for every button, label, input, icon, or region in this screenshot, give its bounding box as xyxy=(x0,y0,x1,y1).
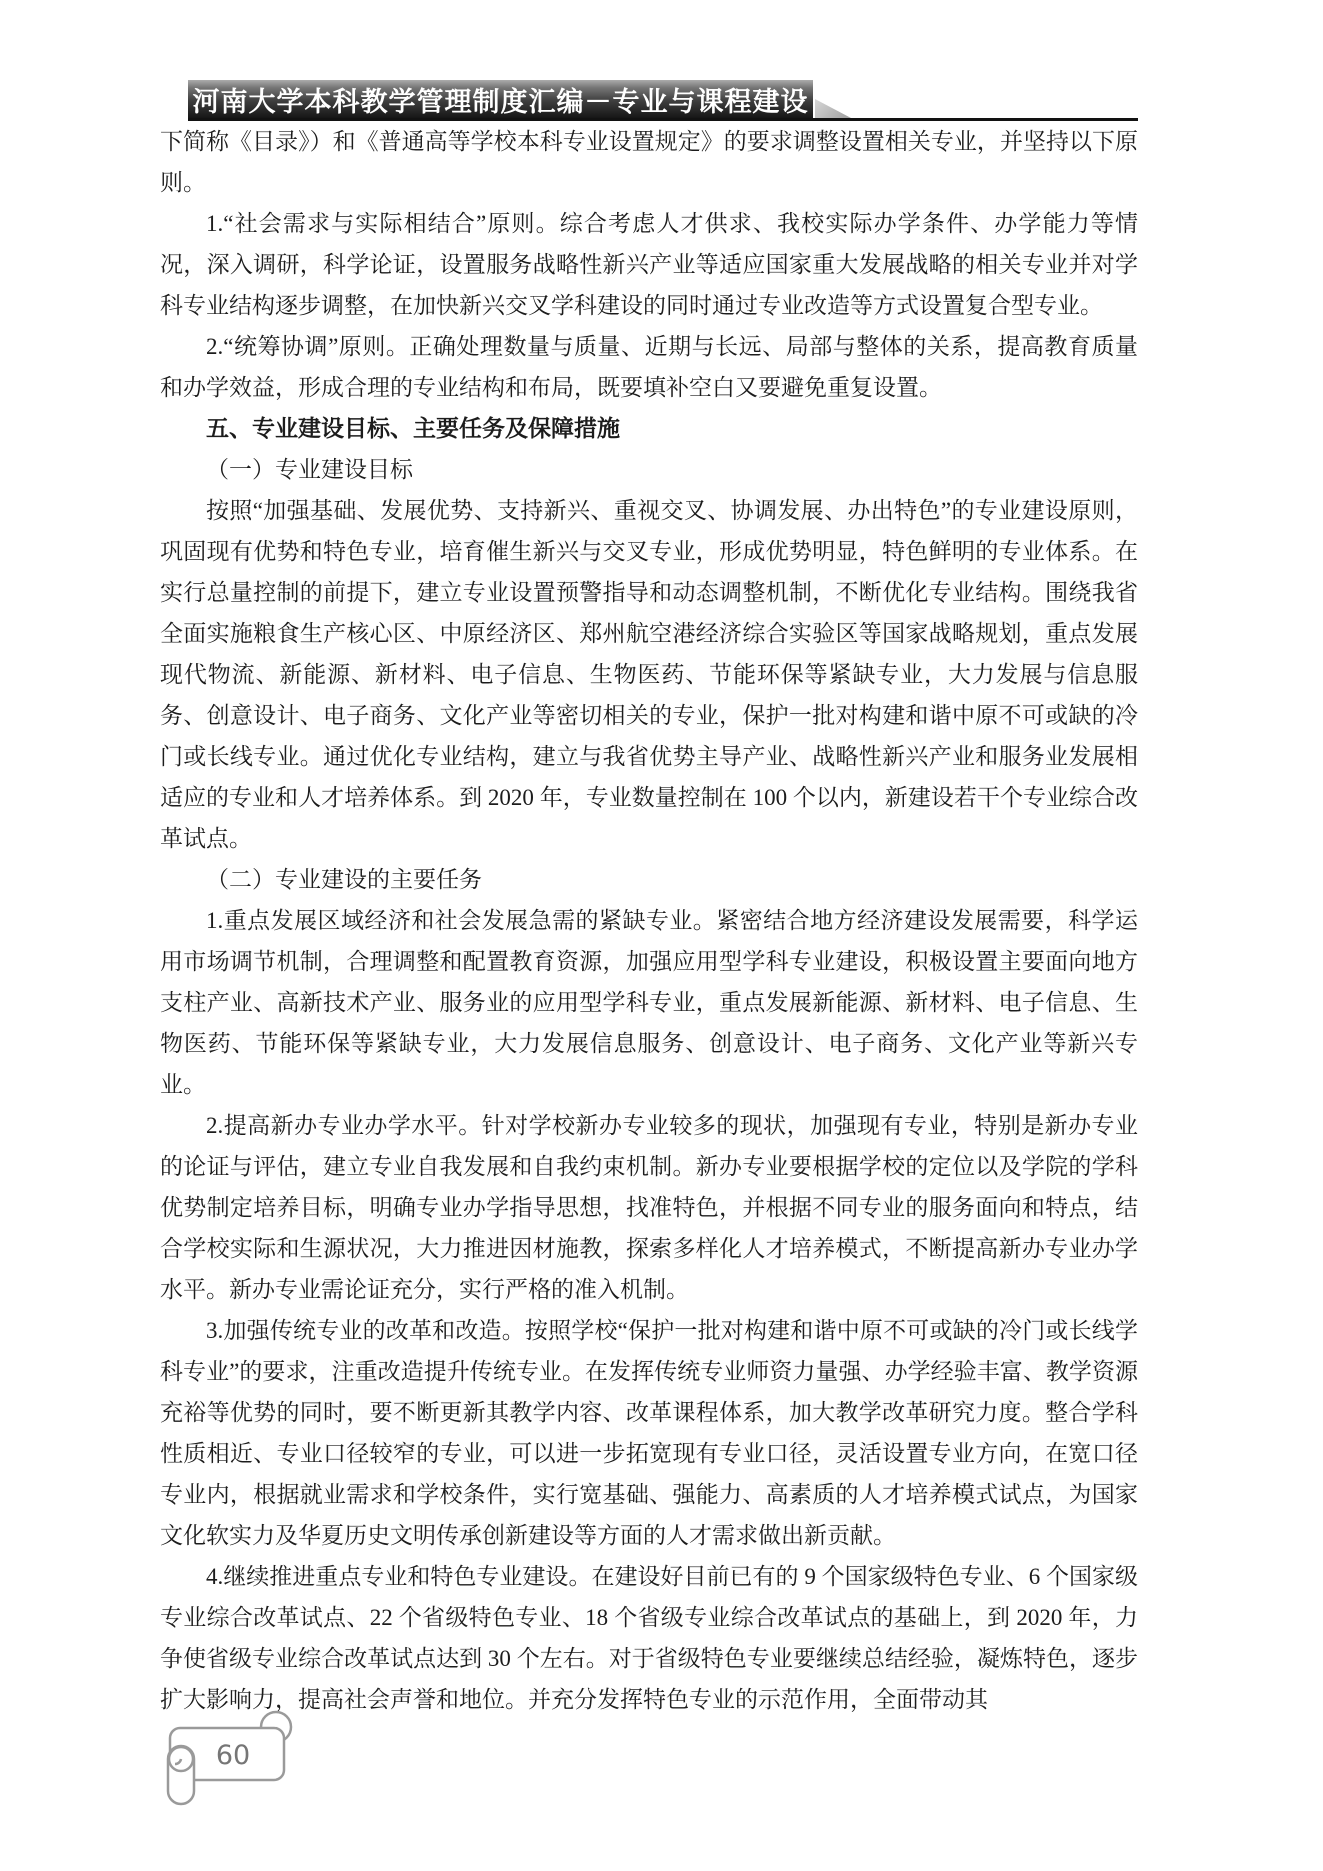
paragraph-goals: 按照“加强基础、发展优势、支持新兴、重视交叉、协调发展、办出特色”的专业建设原则… xyxy=(160,490,1138,859)
document-page: { "header": { "title": "河南大学本科教学管理制度汇编－专… xyxy=(0,0,1323,1871)
paragraph-task-4: 4.继续推进重点专业和特色专业建设。在建设好目前已有的 9 个国家级特色专业、6… xyxy=(160,1556,1138,1720)
paragraph-principle-2: 2.“统筹协调”原则。正确处理数量与质量、近期与长远、局部与整体的关系，提高教育… xyxy=(160,326,1138,408)
subsection-heading-2: （二）专业建设的主要任务 xyxy=(160,859,1138,900)
page-number: 60 xyxy=(200,1740,266,1771)
header-banner: 河南大学本科教学管理制度汇编－专业与课程建设 xyxy=(188,80,813,118)
paragraph-principle-1: 1.“社会需求与实际相结合”原则。综合考虑人才供求、我校实际办学条件、办学能力等… xyxy=(160,203,1138,326)
fold-arrow-icon xyxy=(815,99,851,118)
paragraph-task-2: 2.提高新办专业办学水平。针对学校新办专业较多的现状，加强现有专业，特别是新办专… xyxy=(160,1105,1138,1310)
document-body: 下简称《目录》）和《普通高等学校本科专业设置规定》的要求调整设置相关专业，并坚持… xyxy=(160,121,1138,1720)
paragraph-task-1: 1.重点发展区域经济和社会发展急需的紧缺专业。紧密结合地方经济建设发展需要，科学… xyxy=(160,900,1138,1105)
section-heading-5: 五、专业建设目标、主要任务及保障措施 xyxy=(160,408,1138,449)
header-title: 河南大学本科教学管理制度汇编－专业与课程建设 xyxy=(193,80,809,119)
paragraph-task-3: 3.加强传统专业的改革和改造。按照学校“保护一批对构建和谐中原不可或缺的冷门或长… xyxy=(160,1310,1138,1556)
subsection-heading-1: （一）专业建设目标 xyxy=(160,449,1138,490)
paragraph-continuation: 下简称《目录》）和《普通高等学校本科专业设置规定》的要求调整设置相关专业，并坚持… xyxy=(160,121,1138,203)
